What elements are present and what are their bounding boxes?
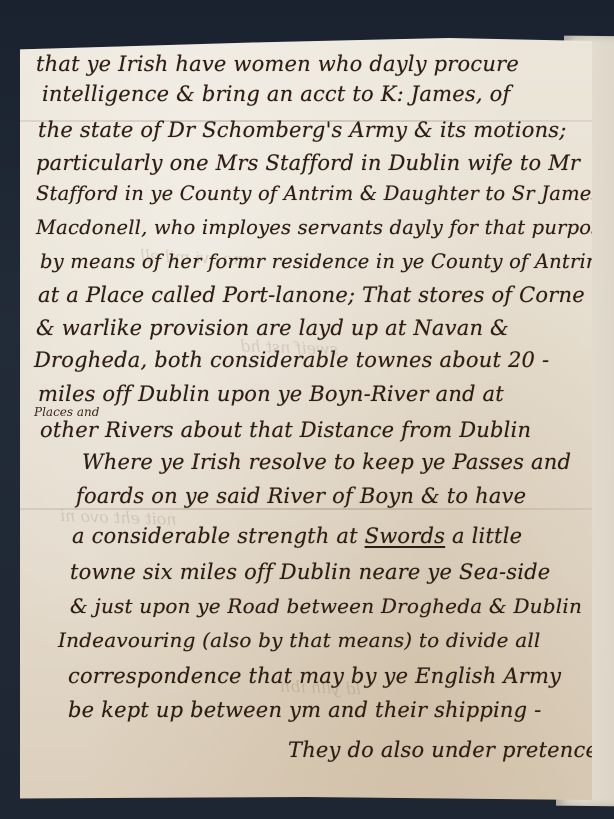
manuscript-photo: nnc ovi mil ell sweif nst hd noit eht ov…: [0, 0, 614, 819]
text-line-10: Drogheda, both considerable townes about…: [34, 348, 549, 372]
handwritten-text: that ye Irish have women who dayly procu…: [20, 38, 592, 800]
text-line-15-content: a considerable strength at Swords a litt…: [72, 524, 522, 548]
text-line-1: that ye Irish have women who dayly procu…: [36, 52, 519, 76]
text-line-16: towne six miles off Dublin neare ye Sea-…: [70, 560, 550, 584]
text-line-11: miles off Dublin upon ye Boyn-River and …: [38, 382, 504, 406]
marginal-insertion: Places and: [34, 405, 99, 419]
text-line-15: a considerable strength at Swords a litt…: [72, 524, 522, 548]
text-line-13: Where ye Irish resolve to keep ye Passes…: [82, 450, 571, 474]
text-line-20: be kept up between ym and their shipping…: [68, 698, 541, 722]
text-line-12: other Rivers about that Distance from Du…: [40, 418, 531, 442]
text-line-21: They do also under pretence: [288, 738, 598, 762]
text-line-4: particularly one Mrs Stafford in Dublin …: [36, 151, 580, 175]
text-line-3: the state of Dr Schomberg's Army & its m…: [38, 118, 567, 142]
text-line-5: Stafford in ye County of Antrim & Daught…: [36, 182, 602, 205]
text-line-18: Indeavouring (also by that means) to div…: [58, 628, 541, 652]
text-line-9: & warlike provision are layd up at Navan…: [36, 316, 509, 340]
text-line-7: by means of her formr residence in ye Co…: [40, 250, 605, 273]
text-line-14: foards on ye said River of Boyn & to hav…: [76, 484, 526, 508]
manuscript-page: nnc ovi mil ell sweif nst hd noit eht ov…: [20, 38, 592, 800]
text-line-8: at a Place called Port-lanone; That stor…: [38, 283, 585, 307]
text-line-17: & just upon ye Road between Drogheda & D…: [70, 594, 582, 618]
text-line-19: correspondence that may by ye English Ar…: [68, 664, 561, 688]
underlined-word: Swords: [365, 524, 445, 548]
text-line-2: intelligence & bring an acct to K: James…: [42, 82, 510, 106]
text-line-6: Macdonell, who imployes servants dayly f…: [36, 216, 613, 239]
